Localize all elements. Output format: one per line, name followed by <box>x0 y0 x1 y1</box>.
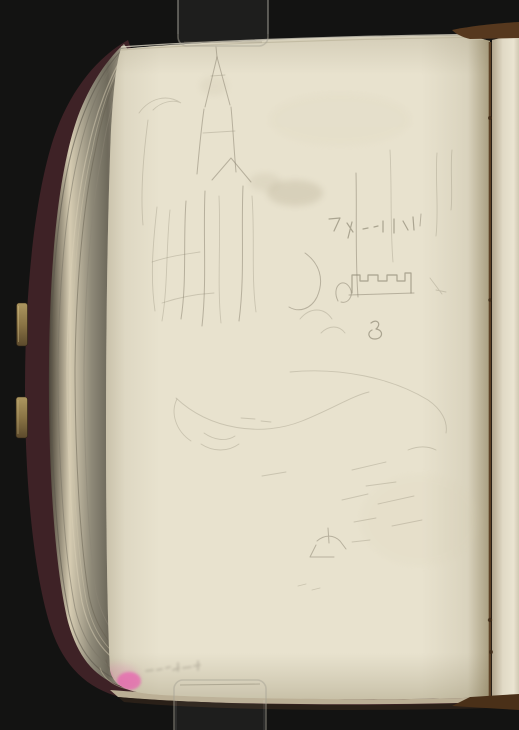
clasp-top <box>17 303 28 346</box>
photograph-of-open-sketchbook <box>0 0 519 730</box>
sketchbook-scene <box>0 0 519 730</box>
retaining-strap-top <box>178 0 268 46</box>
facing-page-edge <box>492 34 519 700</box>
retaining-strap-bottom <box>174 680 266 730</box>
gutter-shadow <box>468 40 490 696</box>
clasp-bottom <box>16 397 28 438</box>
